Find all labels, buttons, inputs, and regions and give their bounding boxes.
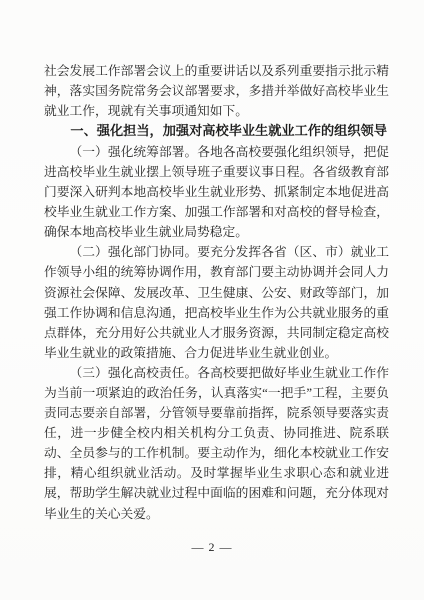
page-number: — 2 —	[192, 540, 233, 554]
paragraph-item-1: （一）强化统筹部署。各地各高校要强化组织领导，把促进高校毕业生就业摆上领导班子重…	[44, 142, 389, 242]
page-footer: — 2 —	[0, 538, 424, 556]
document-body: 社会发展工作部署会议上的重要讲话以及系列重要指示批示精神，落实国务院常务会议部署…	[44, 61, 389, 524]
document-page: 社会发展工作部署会议上的重要讲话以及系列重要指示批示精神，落实国务院常务会议部署…	[0, 0, 424, 600]
section-heading: 一、强化担当，加强对高校毕业生就业工作的组织领导	[44, 121, 389, 142]
paragraph-item-2: （二）强化部门协同。要充分发挥各省（区、市）就业工作领导小组的统筹协调作用，教育…	[44, 242, 389, 363]
paragraph-continued: 社会发展工作部署会议上的重要讲话以及系列重要指示批示精神，落实国务院常务会议部署…	[44, 61, 389, 121]
paragraph-item-3: （三）强化高校责任。各高校要把做好毕业生就业工作作为当前一项紧迫的政治任务，认真…	[44, 363, 389, 524]
